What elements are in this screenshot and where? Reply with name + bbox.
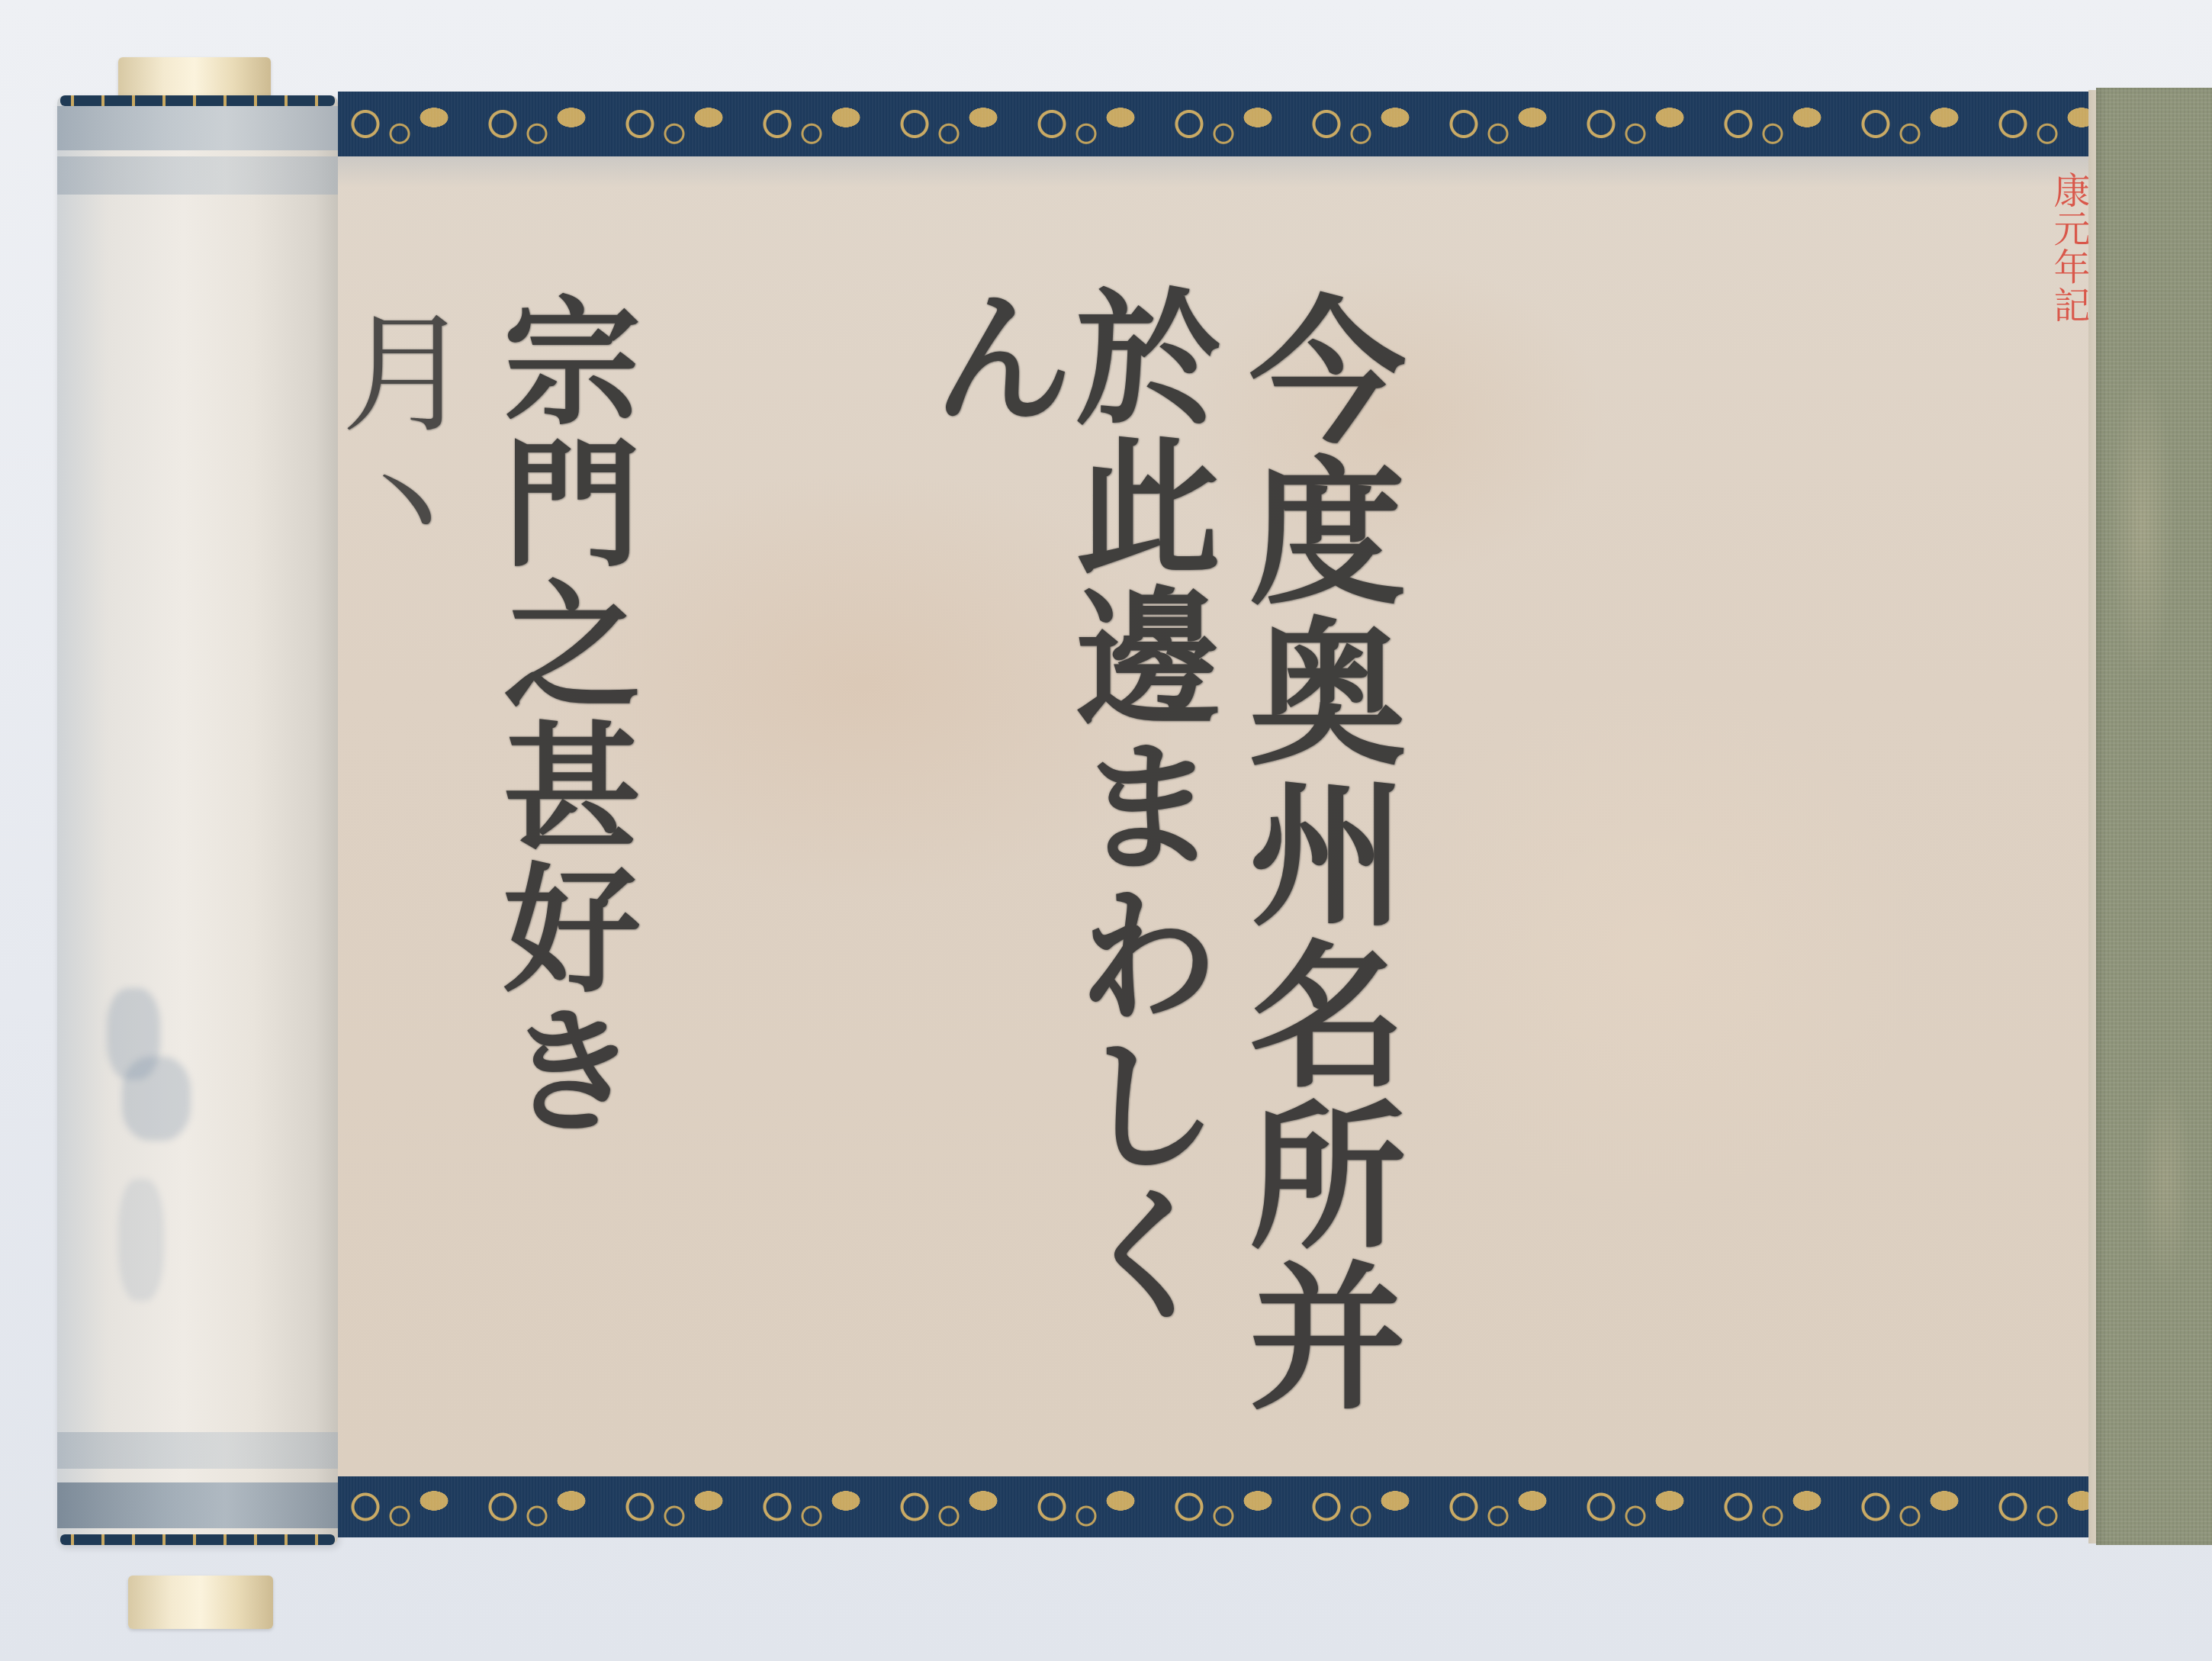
roller-bottom-knob: [128, 1576, 273, 1629]
scroll-roller[interactable]: [57, 95, 338, 1545]
silk-inner-margin: [2088, 90, 2096, 1544]
green-silk-mounting: [2096, 88, 2212, 1545]
roller-top-band-2: [57, 156, 338, 195]
roller-bottom-band: [57, 1432, 338, 1469]
show-through-ink: [118, 1179, 164, 1301]
red-seal-annotation: 康元年記: [2050, 172, 2087, 324]
roller-bottom-band-2: [57, 1482, 338, 1528]
calligraphy-column-2: 於此邊まわしくん: [919, 282, 1209, 1412]
show-through-ink: [122, 1057, 191, 1141]
roller-bottom-brocade-edge: [60, 1534, 335, 1545]
calligraphy-column-1: 今度奥州名所并: [1236, 290, 1392, 1419]
calligraphy-column-partial: 月丶: [301, 305, 488, 610]
paper-top-shadow: [338, 156, 2094, 187]
roller-top-brocade-edge: [60, 95, 335, 106]
top-brocade-border: [338, 92, 2094, 156]
bottom-brocade-border: [338, 1476, 2094, 1537]
roller-top-band: [57, 106, 338, 150]
calligraphy-column-3: 宗門之甚好き: [492, 290, 629, 1404]
